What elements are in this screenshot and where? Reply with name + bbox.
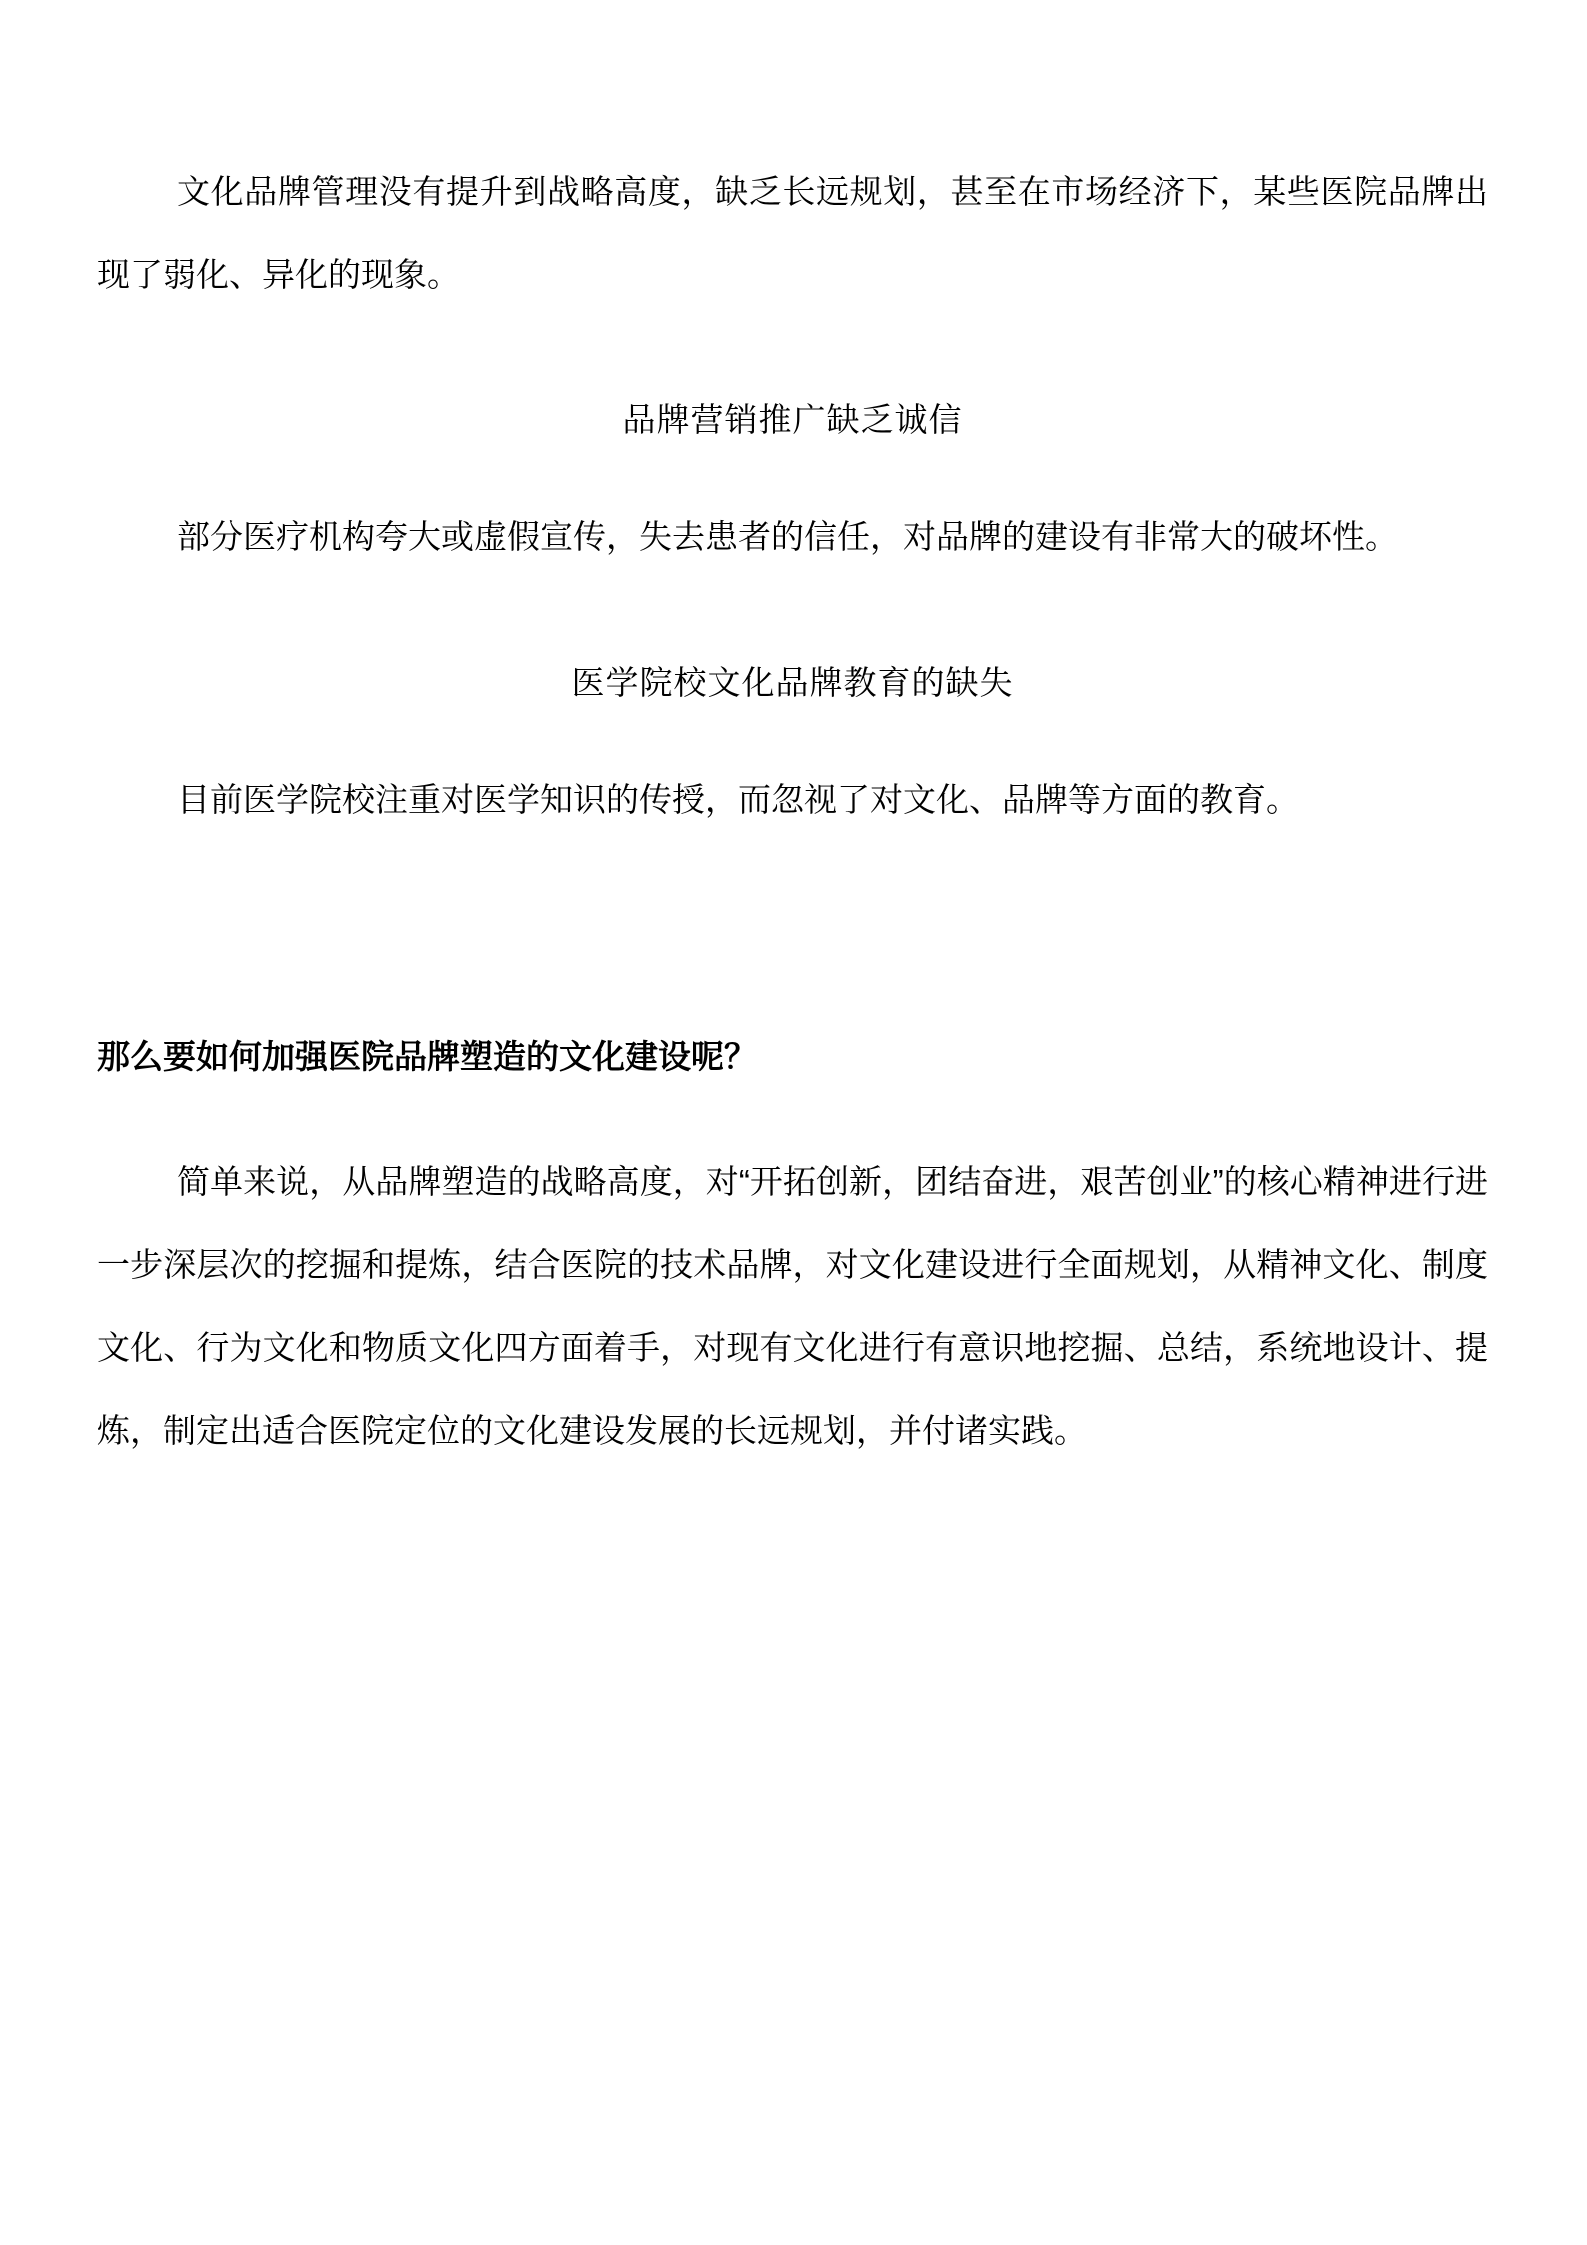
subheading-marketing-integrity: 品牌营销推广缺乏诚信 xyxy=(97,380,1488,463)
document-page: 文化品牌管理没有提升到战略高度，缺乏长远规划，甚至在市场经济下，某些医院品牌出现… xyxy=(0,0,1587,2245)
paragraph-false-advertising: 部分医疗机构夸大或虚假宣传，失去患者的信任，对品牌的建设有非常大的破坏性。 xyxy=(97,495,1488,578)
paragraph-brand-management-issue: 文化品牌管理没有提升到战略高度，缺乏长远规划，甚至在市场经济下，某些医院品牌出现… xyxy=(97,150,1488,316)
paragraph-culture-building-plan: 简单来说，从品牌塑造的战略高度，对“开拓创新，团结奋进，艰苦创业”的核心精神进行… xyxy=(97,1140,1488,1472)
paragraph-medical-school-focus: 目前医学院校注重对医学知识的传授，而忽视了对文化、品牌等方面的教育。 xyxy=(97,758,1488,841)
heading-how-to-strengthen-culture: 那么要如何加强医院品牌塑造的文化建设呢？ xyxy=(97,1015,1488,1098)
subheading-medical-school-education-gap: 医学院校文化品牌教育的缺失 xyxy=(97,643,1488,726)
document-content: 文化品牌管理没有提升到战略高度，缺乏长远规划，甚至在市场经济下，某些医院品牌出现… xyxy=(0,0,1587,1472)
